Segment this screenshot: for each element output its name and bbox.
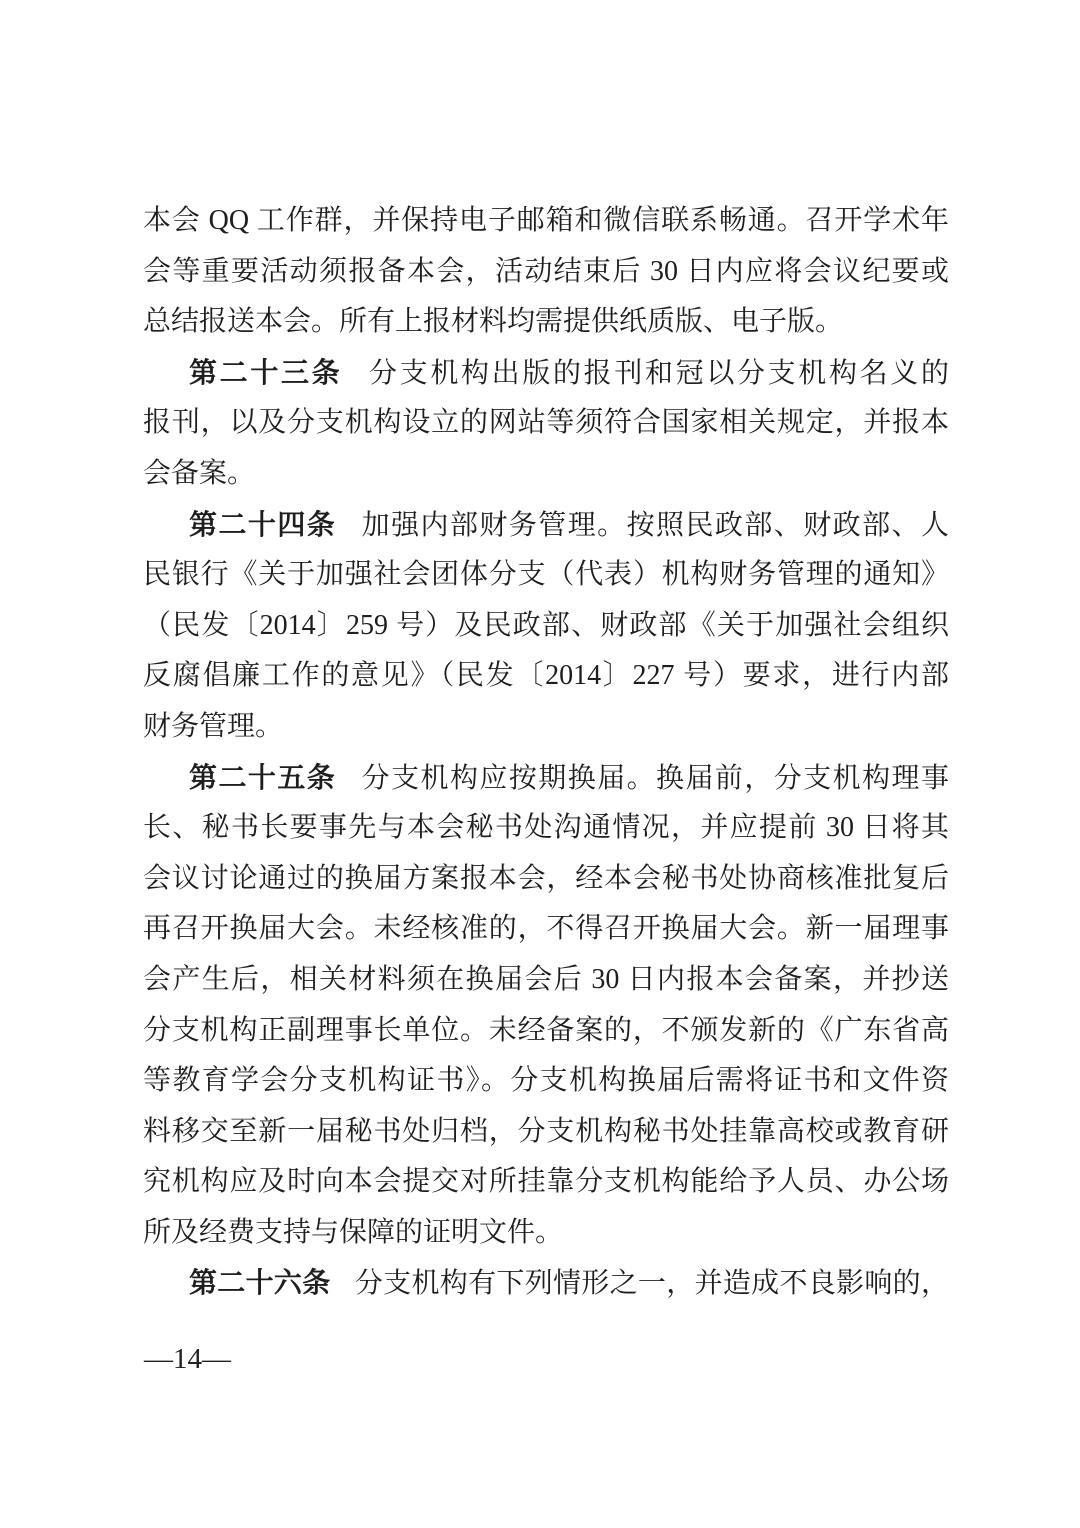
paragraph-article-26: 第二十六条分支机构有下列情形之一，并造成不良影响的，: [143, 1258, 949, 1309]
text-line: 料移交至新一届秘书处归档，分支机构秘书处挂靠高校或教育研: [143, 1107, 949, 1158]
article-number: 第二十三条: [189, 357, 342, 388]
line-text: 分支机构应按期换届。换届前，分支机构理事: [360, 763, 949, 794]
text-line: 究机构应及时向本会提交对所挂靠分支机构能给予人员、办公场: [143, 1157, 949, 1208]
text-line: 长、秘书长要事先与本会秘书处沟通情况，并应提前 30 日将其: [143, 803, 949, 854]
article-number: 第二十四条: [189, 509, 336, 540]
text-line: 所及经费支持与保障的证明文件。: [143, 1208, 949, 1259]
line-text: 分支机构出版的报刊和冠以分支机构名义的: [366, 358, 949, 389]
text-line: 会等重要活动须报备本会，活动结束后 30 日内应将会议纪要或: [143, 247, 949, 298]
text-line: 会备案。: [143, 449, 949, 500]
text-line: （民发〔2014〕259 号）及民政部、财政部《关于加强社会组织: [143, 601, 949, 652]
document-page: 本会 QQ 工作群，并保持电子邮箱和微信联系畅通。召开学术年 会等重要活动须报备…: [0, 0, 1080, 1528]
paragraph-article-24: 第二十四条加强内部财务管理。按照民政部、财政部、人 民银行《关于加强社会团体分支…: [143, 500, 949, 753]
text-line: 民银行《关于加强社会团体分支（代表）机构财务管理的通知》: [143, 550, 949, 601]
text-line: 第二十三条分支机构出版的报刊和冠以分支机构名义的: [143, 348, 949, 399]
page-number: —14—: [144, 1340, 231, 1378]
article-number: 第二十五条: [189, 762, 336, 793]
text-line: 等教育学会分支机构证书》。分支机构换届后需将证书和文件资: [143, 1056, 949, 1107]
document-body: 本会 QQ 工作群，并保持电子邮箱和微信联系畅通。召开学术年 会等重要活动须报备…: [143, 196, 949, 1309]
paragraph-article-25: 第二十五条分支机构应按期换届。换届前，分支机构理事 长、秘书长要事先与本会秘书处…: [143, 753, 949, 1259]
article-number: 第二十六条: [189, 1267, 331, 1298]
text-line: 第二十五条分支机构应按期换届。换届前，分支机构理事: [143, 753, 949, 804]
paragraph-continuation: 本会 QQ 工作群，并保持电子邮箱和微信联系畅通。召开学术年 会等重要活动须报备…: [143, 196, 949, 348]
text-line: 再召开换届大会。未经核准的，不得召开换届大会。新一届理事: [143, 904, 949, 955]
line-text: 加强内部财务管理。按照民政部、财政部、人: [360, 510, 949, 541]
text-line: 本会 QQ 工作群，并保持电子邮箱和微信联系畅通。召开学术年: [143, 196, 949, 247]
text-line: 分支机构正副理事长单位。未经备案的，不颁发新的《广东省高: [143, 1006, 949, 1057]
text-line: 会产生后，相关材料须在换届会后 30 日内报本会备案，并抄送: [143, 955, 949, 1006]
text-line: 会议讨论通过的换届方案报本会，经本会秘书处协商核准批复后: [143, 854, 949, 905]
text-line: 总结报送本会。所有上报材料均需提供纸质版、电子版。: [143, 297, 949, 348]
text-line: 财务管理。: [143, 702, 949, 753]
text-line: 反腐倡廉工作的意见》（民发〔2014〕227 号）要求，进行内部: [143, 651, 949, 702]
paragraph-article-23: 第二十三条分支机构出版的报刊和冠以分支机构名义的 报刊，以及分支机构设立的网站等…: [143, 348, 949, 500]
text-line: 第二十六条分支机构有下列情形之一，并造成不良影响的，: [143, 1258, 949, 1309]
text-line: 第二十四条加强内部财务管理。按照民政部、财政部、人: [143, 500, 949, 551]
text-line: 报刊，以及分支机构设立的网站等须符合国家相关规定，并报本: [143, 398, 949, 449]
line-text: 分支机构有下列情形之一，并造成不良影响的，: [355, 1268, 949, 1299]
